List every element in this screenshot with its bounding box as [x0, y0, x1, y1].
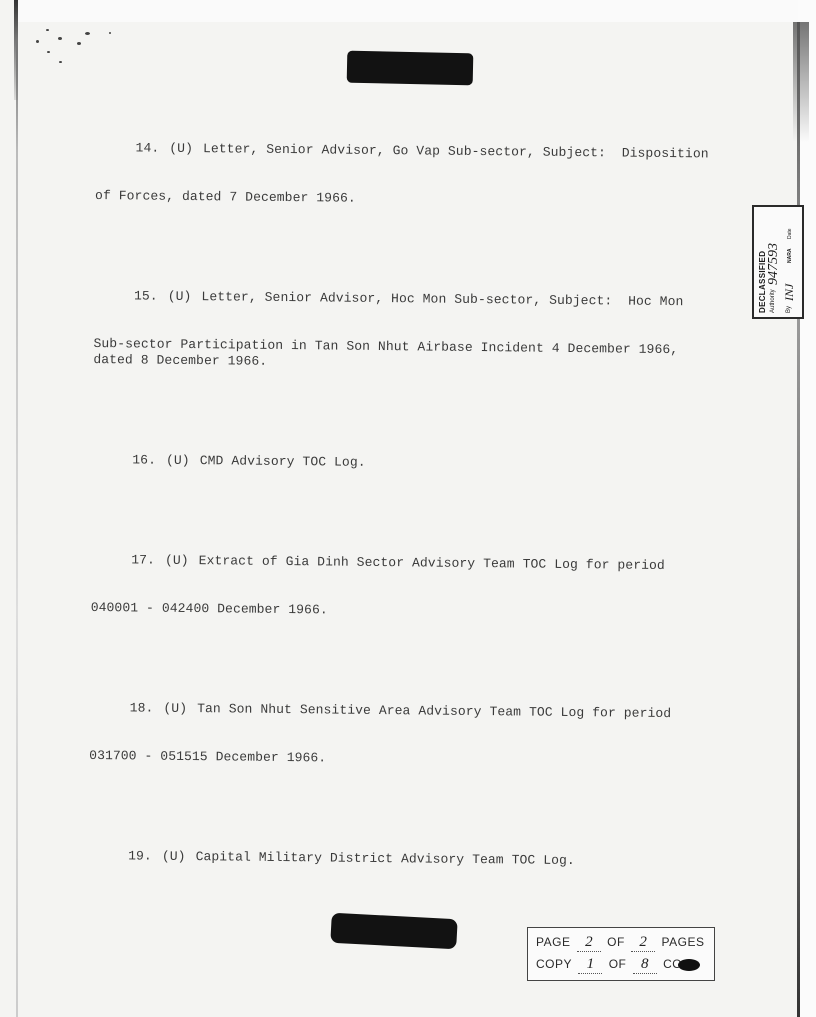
reference-number: 14.	[136, 140, 160, 155]
redaction-blot	[678, 959, 700, 971]
copy-of-label: OF	[609, 957, 627, 971]
reference-text-continued: Sub-sector Participation in Tan Son Nhut…	[93, 336, 743, 375]
page-count-row: PAGE 2 OF 2 PAGES	[536, 934, 704, 952]
page-number: 2	[577, 934, 601, 952]
reference-number: 16.	[132, 452, 156, 467]
total-pages: 2	[631, 934, 655, 952]
scan-right-edge-shadow	[793, 22, 809, 142]
redaction-bottom	[330, 913, 457, 950]
reference-text: Capital Military District Advisory Team …	[196, 849, 575, 868]
reference-number: 17.	[131, 552, 155, 567]
classification-marking: (U)	[168, 289, 192, 304]
stamp-by-label: By	[786, 306, 792, 313]
classification-marking: (U)	[162, 849, 186, 864]
scan-speck	[36, 40, 39, 43]
reference-text: CMD Advisory TOC Log.	[200, 453, 366, 470]
scan-left-edge-shadow	[14, 0, 18, 100]
reference-text: Letter, Senior Advisor, Go Vap Sub-secto…	[203, 141, 709, 161]
reference-item-17: 17.(U)Extract of Gia Dinh Sector Advisor…	[90, 520, 741, 655]
classification-marking: (U)	[163, 701, 187, 716]
reference-text: Tan Son Nhut Sensitive Area Advisory Tea…	[197, 701, 671, 721]
scan-speck	[58, 37, 62, 40]
reference-number: 18.	[130, 700, 154, 715]
reference-text: Letter, Senior Advisor, Hoc Mon Sub-sect…	[201, 289, 683, 309]
scan-speck	[77, 42, 81, 45]
declassification-stamp: DECLASSIFIED Authority 947593 By INJ NAR…	[752, 205, 804, 319]
classification-marking: (U)	[169, 141, 193, 156]
scan-speck	[59, 61, 62, 63]
reference-item-15: 15.(U)Letter, Senior Advisor, Hoc Mon Su…	[93, 256, 744, 407]
document-page: 14.(U)Letter, Senior Advisor, Go Vap Sub…	[0, 0, 816, 1017]
scan-speck	[47, 51, 50, 53]
reference-number: 15.	[134, 288, 158, 303]
classification-marking: (U)	[165, 553, 189, 568]
stamp-date-label: Date	[787, 228, 793, 239]
scan-speck	[85, 32, 90, 35]
stamp-authority-label: Authority	[770, 289, 776, 313]
reference-text: Extract of Gia Dinh Sector Advisory Team…	[199, 553, 665, 573]
page-count-box: PAGE 2 OF 2 PAGES COPY 1 OF 8 CO	[527, 927, 715, 981]
stamp-by-value: INJ	[782, 284, 797, 301]
classification-marking: (U)	[166, 453, 190, 468]
reference-list: 14.(U)Letter, Senior Advisor, Go Vap Sub…	[88, 108, 746, 923]
reference-text-continued: 031700 - 051515 December 1966.	[89, 748, 739, 771]
redaction-top	[347, 51, 474, 86]
reference-number: 19.	[128, 848, 152, 863]
scan-right-margin	[798, 0, 816, 1017]
pages-label: PAGES	[662, 935, 705, 949]
reference-item-14: 14.(U)Letter, Senior Advisor, Go Vap Sub…	[95, 108, 746, 243]
scan-speck	[46, 29, 49, 31]
reference-item-18: 18.(U)Tan Son Nhut Sensitive Area Adviso…	[89, 668, 740, 803]
copy-number: 1	[578, 956, 602, 974]
page-of-label: OF	[607, 935, 625, 949]
total-copies: 8	[633, 956, 657, 974]
copy-label: COPY	[536, 957, 572, 971]
page-label: PAGE	[536, 935, 570, 949]
reference-item-16: 16.(U)CMD Advisory TOC Log.	[92, 420, 743, 507]
reference-text-continued: of Forces, dated 7 December 1966.	[95, 188, 745, 211]
copy-count-row: COPY 1 OF 8 CO	[536, 956, 700, 974]
reference-item-19: 19.(U)Capital Military District Advisory…	[88, 816, 739, 903]
stamp-authority-value: 947593	[766, 243, 782, 285]
stamp-agency: NARA	[787, 249, 793, 263]
scan-top-margin	[18, 0, 798, 22]
scan-left-edge	[16, 0, 18, 1017]
scan-speck	[109, 32, 111, 34]
scan-right-edge	[797, 22, 800, 1017]
reference-text-continued: 040001 - 042400 December 1966.	[91, 600, 741, 623]
